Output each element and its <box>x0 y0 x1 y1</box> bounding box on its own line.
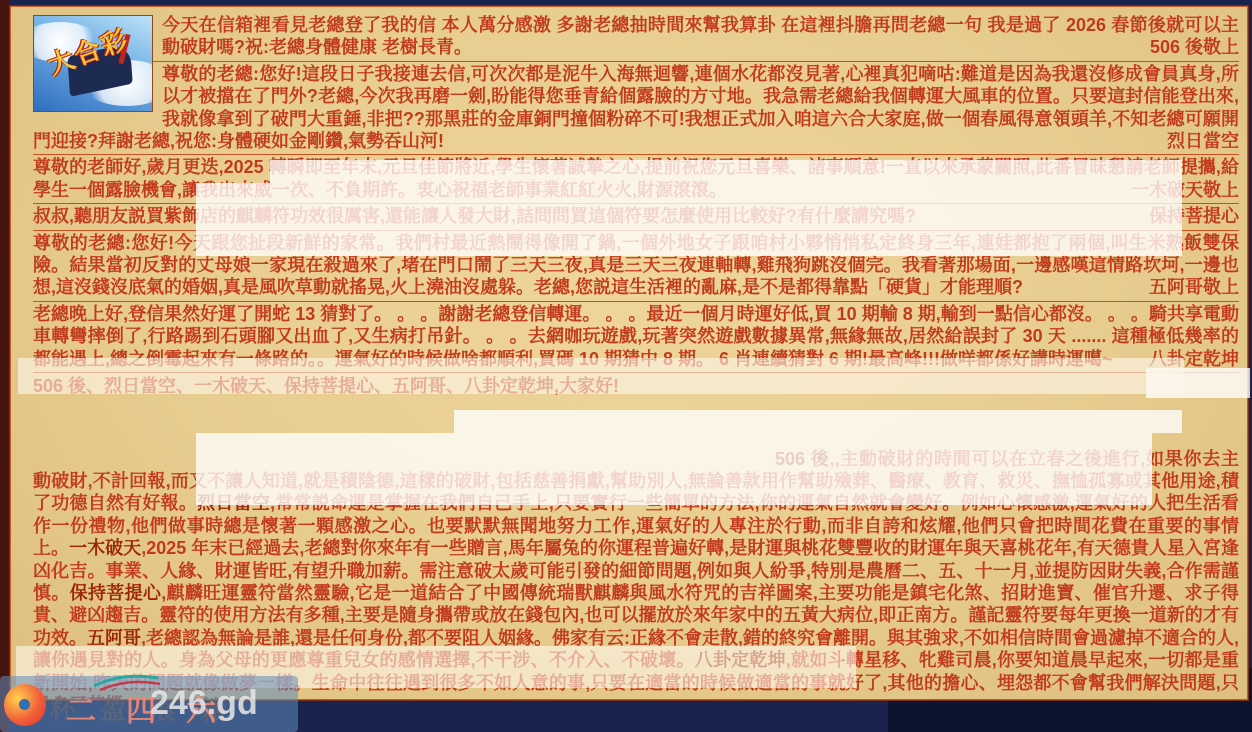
reply-name-yimupotian: 一木破天 <box>69 538 141 558</box>
letter-text: 尊敬的老總:您好!今天跟您扯段新鮮的家常。我們村最近熱鬧得像開了鍋,一個外地女子… <box>33 233 1239 298</box>
letter-text: 尊敬的老總:您好!這段日子我接連去信,可次次都是泥牛入海無迴響,連個水花都沒見著… <box>33 64 1239 151</box>
reader-letter-1: 今天在信箱裡看見老總登了我的信 本人萬分感激 多謝老總抽時間來幫我算卦 在這裡抖… <box>33 13 1239 62</box>
letters-panel: 大合彩 今天在信箱裡看見老總登了我的信 本人萬分感激 多謝老總抽時間來幫我算卦 … <box>10 6 1248 700</box>
blank-gap <box>33 400 1239 448</box>
letter-signature: 八卦定乾坤 <box>1135 348 1239 370</box>
letter-text: 尊敬的老師好,歲月更迭,2025 轉瞬即至年末,元旦佳節將近,學生懷著誠摯之心,… <box>33 157 1239 199</box>
reader-letter-4: 叔叔,聽朋友説買紫飾店的麒麟符功效很厲害,還能讓人發大財,詰問問買這個符要怎麼使… <box>33 204 1239 230</box>
letter-signature: 保持菩提心 <box>1135 205 1239 227</box>
reader-letter-2: 尊敬的老總:您好!這段日子我接連去信,可次次都是泥牛入海無迴響,連個水花都沒見著… <box>33 62 1239 156</box>
left-border-strip <box>0 0 10 732</box>
letter-text: 老總晚上好,登信果然好運了開蛇 13 猜對了。 。 。謝謝老總登信轉運。 。 。… <box>33 304 1239 369</box>
watermark-ball-icon <box>4 684 46 726</box>
reply-name-506hou: 506 後 <box>775 449 830 469</box>
editor-reply: 506 後,,主動破財的時間可以在立春之後進行,如果你去主動破財,不計回報,而又… <box>33 448 1239 701</box>
reply-name-wuage: 五阿哥 <box>87 628 141 648</box>
reader-letter-6: 老總晚上好,登信果然好運了開蛇 13 猜對了。 。 。謝謝老總登信轉運。 。 。… <box>33 302 1239 373</box>
letter-text: 今天在信箱裡看見老總登了我的信 本人萬分感激 多謝老總抽時間來幫我算卦 在這裡抖… <box>162 15 1239 57</box>
watermark-domain-text: 246.gd <box>150 684 258 723</box>
reader-letter-3: 尊敬的老師好,歲月更迭,2025 轉瞬即至年末,元旦佳節將近,學生懷著誠摯之心,… <box>33 155 1239 204</box>
letter-signature: 五阿哥敬上 <box>1135 276 1239 298</box>
letter-signature: 506 後敬上 <box>1136 36 1239 58</box>
reply-name-lieridangkong: 烈日當空 <box>197 493 270 513</box>
reader-letter-5: 尊敬的老總:您好!今天跟您扯段新鮮的家常。我們村最近熱鬧得像開了鍋,一個外地女子… <box>33 231 1239 302</box>
watermark-246gd[interactable]: 杯盈痕籍 二四六 246.gd <box>0 676 298 732</box>
letter-signature: 一木破天敬上 <box>1117 179 1239 201</box>
reply-name-baochiputixin: 保持菩提心 <box>70 583 162 603</box>
editor-greeting: 506 後、烈日當空、一木破天、保持菩提心、五阿哥、八卦定乾坤,大家好! <box>33 373 1239 399</box>
letter-signature: 烈日當空 <box>1153 130 1239 152</box>
letter-text: 叔叔,聽朋友説買紫飾店的麒麟符功效很厲害,還能讓人發大財,詰問問買這個符要怎麼使… <box>33 206 916 226</box>
page: 大合彩 今天在信箱裡看見老總登了我的信 本人萬分感激 多謝老總抽時間來幫我算卦 … <box>0 0 1252 732</box>
site-logo: 大合彩 <box>33 15 153 112</box>
reply-name-baguadingqiankun: 八卦定乾坤 <box>695 650 786 670</box>
